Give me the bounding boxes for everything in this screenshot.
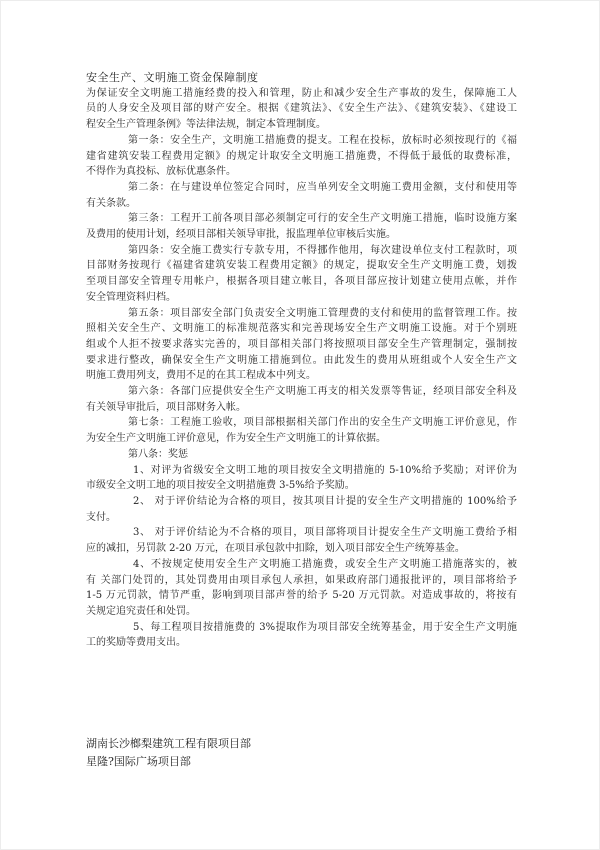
document-line: 及费用的使用计划，经项目部相关领导审批，报监理单位审核后实施。 <box>86 227 517 243</box>
document-line: 第一条：安全生产，文明施工措施费的提支。工程在投标，放标时必须按现行的《福 <box>86 133 517 149</box>
document-line: 不得作为真投标、放标优惠条件。 <box>86 164 517 180</box>
document-line: 员的人身安全及项目部的财产安全。根据《建筑法》、《安全生产法》、《建筑安装》、《… <box>86 101 517 117</box>
document-line: 有关条款。 <box>86 196 517 212</box>
document-body: 安全生产、文明施工资金保障制度 为保证安全文明施工措施经费的投入和管理，防止和减… <box>86 70 517 651</box>
footer-company-name: 湖南长沙榔梨建筑工程有限项目部 <box>86 735 251 753</box>
document-line: 第五条：项目部安全部门负责安全文明施工管理费的支付和使用的监督管理工作。按 <box>86 306 517 322</box>
document-line: 4、不按规定使用安全生产文明施工措施费，或安全生产文明施工措施落实的，被 <box>86 557 517 573</box>
document-line: 2、 对于评价结论为合格的项目，按其项目计提的安全生产文明措施的 100%给予 <box>86 494 517 510</box>
document-line: 1-5 万元罚款，情节严重，影响到项目部声誉的给予 5-20 万元罚款。对造成事… <box>86 588 517 604</box>
document-line: 第八条：奖惩 <box>86 447 517 463</box>
document-line: 市级安全文明工地的项目按安全文明措施费 3-5%给予奖励。 <box>86 478 517 494</box>
document-line: 照相关安全生产、文明施工的标准规范落实和完善现场安全生产文明施工设施。对于个别班 <box>86 321 517 337</box>
document-line: 安全管理资料归档。 <box>86 290 517 306</box>
document-line: 第七条：工程施工验收，项目部根据相关部门作出的安全生产文明施工评价意见，作 <box>86 415 517 431</box>
footer-project-name: 星隆?国际广场项目部 <box>86 753 251 771</box>
document-line: 关规定追究责任和处罚。 <box>86 604 517 620</box>
document-line: 第六条：各部门应提供安全生产文明施工再支的相关发票等售证，经项目部安全科及 <box>86 384 517 400</box>
document-line: 有 关部门处罚的，其处罚费用由项目承包人承担，如果政府部门通报批评的，项目部将给… <box>86 573 517 589</box>
document-page: 安全生产、文明施工资金保障制度 为保证安全文明施工措施经费的投入和管理，防止和减… <box>0 0 600 850</box>
document-line: 至项目部安全管理专用帐户，根据各项目建立帐目，各项目部应按计划建立使用点帐，并作 <box>86 274 517 290</box>
document-line: 第二条：在与建设单位签定合同时，应当单列安全文明施工费用金额，支付和使用等 <box>86 180 517 196</box>
document-line: 为安全生产文明施工评价意见，作为安全生产文明施工的计算依据。 <box>86 431 517 447</box>
document-line: 1、对评为省级安全文明工地的项目按安全文明措施的 5-10%给予奖励；对评价为 <box>86 463 517 479</box>
document-line: 有关领导审批后，项目部财务入帐。 <box>86 400 517 416</box>
document-line: 为保证安全文明施工措施经费的投入和管理，防止和减少安全生产事故的发生，保障施工人 <box>86 86 517 102</box>
document-line: 工的奖励等费用支出。 <box>86 635 517 651</box>
document-line: 要求进行整改，确保安全生产文明施工措施到位。由此发生的费用从班组或个人安全生产文 <box>86 353 517 369</box>
document-line: 组或个人拒不按要求落实完善的，项目部相关部门将按照项目部安全生产管理制定，强制按 <box>86 337 517 353</box>
document-line: 程安全生产管理条例》等法律法规，制定本管理制度。 <box>86 117 517 133</box>
document-line: 明施工费用列支，费用不足的在其工程成本中列支。 <box>86 368 517 384</box>
document-footer: 湖南长沙榔梨建筑工程有限项目部 星隆?国际广场项目部 <box>86 735 251 770</box>
document-line: 3、 对于评价结论为不合格的项目，项目部将项目计提安全生产文明施工费给予相 <box>86 525 517 541</box>
document-line: 建省建筑安装工程费用定额》的规定计取安全文明施工措施费，不得低于最低的取费标准， <box>86 149 517 165</box>
document-line: 支付。 <box>86 510 517 526</box>
document-line: 应的减扣，另罚款 2-20 万元，在项目承包款中扣除，划入项目部安全生产统筹基金… <box>86 541 517 557</box>
document-title: 安全生产、文明施工资金保障制度 <box>86 70 517 86</box>
document-line: 目部财务按现行《福建省建筑安装工程费用定额》的规定，提取安全生产文明施工费，划拨 <box>86 258 517 274</box>
document-line: 第四条：安全施工费实行专款专用，不得挪作他用，每次建设单位支付工程款时，项 <box>86 243 517 259</box>
document-line: 5、每工程项目按措施费的 3%提取作为项目部安全统筹基金，用于安全生产文明施 <box>86 620 517 636</box>
document-line: 第三条：工程开工前各项目部必须制定可行的安全生产文明施工措施，临时设施方案 <box>86 211 517 227</box>
